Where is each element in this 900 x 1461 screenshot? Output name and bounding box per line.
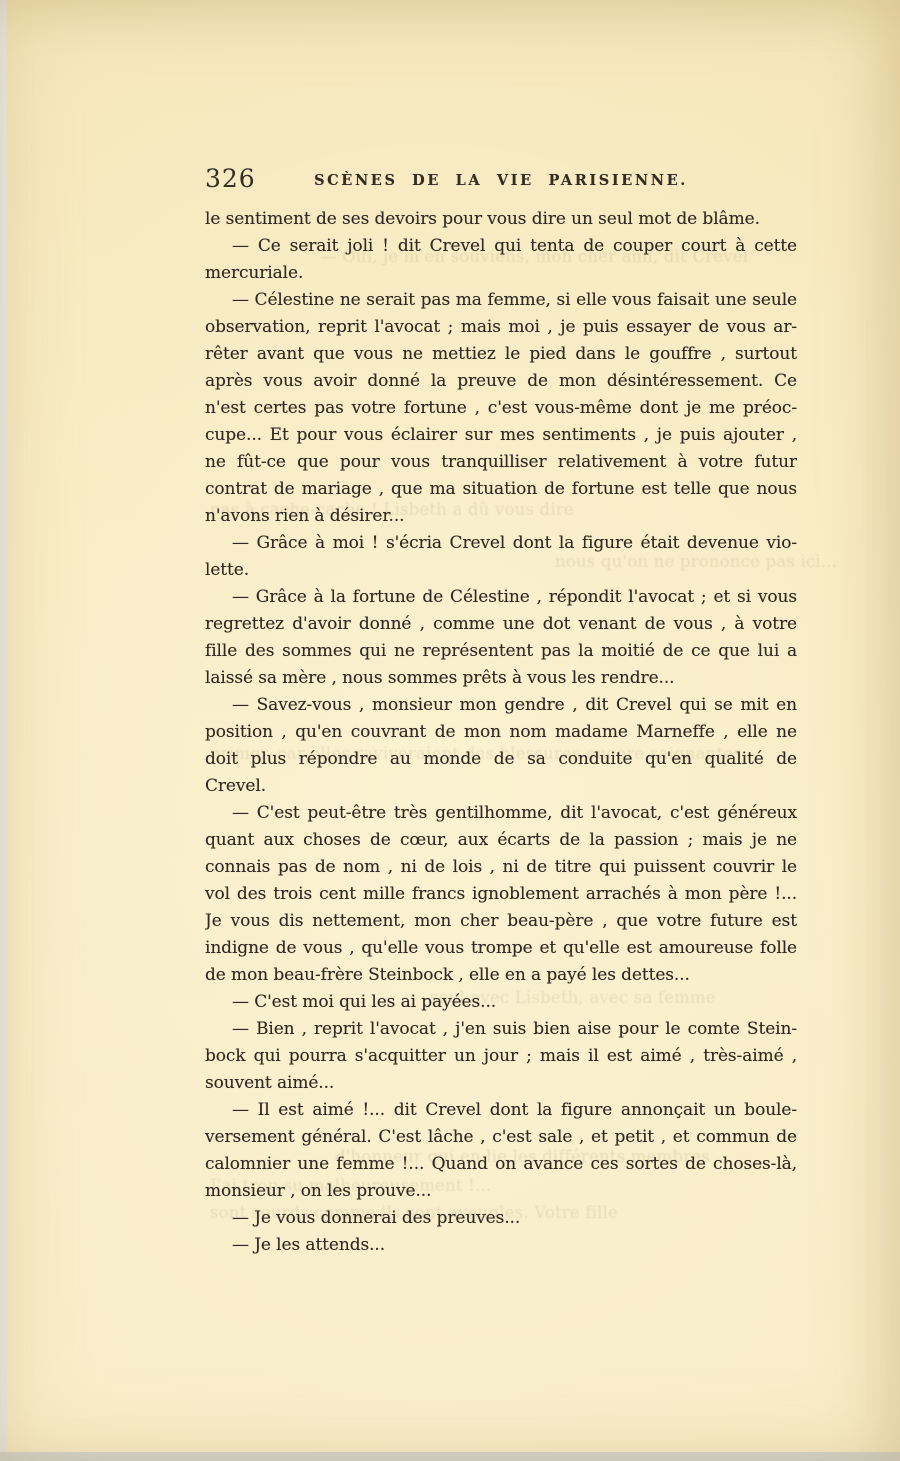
text-line: rêter avant que vous ne mettiez le pied … [205, 341, 797, 368]
text-line: connais pas de nom , ni de lois , ni de … [205, 854, 797, 881]
scan-edge-left [0, 0, 7, 1452]
text-line: monsieur , on les prouve... [205, 1178, 797, 1205]
text-line: n'est certes pas votre fortune , c'est v… [205, 395, 797, 422]
text-line: Crevel. [205, 773, 797, 800]
text-line: mercuriale. [205, 260, 797, 287]
text-line: — C'est moi qui les ai payées... [205, 989, 797, 1016]
text-line: versement général. C'est lâche , c'est s… [205, 1124, 797, 1151]
text-line: souvent aimé... [205, 1070, 797, 1097]
running-title: SCÈNES DE LA VIE PARISIENNE. [205, 172, 797, 189]
text-line: indigne de vous , qu'elle vous trompe et… [205, 935, 797, 962]
page-header: 326 SCÈNES DE LA VIE PARISIENNE. [205, 166, 797, 196]
text-line: vol des trois cent mille francs ignoblem… [205, 881, 797, 908]
text-line: Je vous dis nettement, mon cher beau-pèr… [205, 908, 797, 935]
text-line: n'avons rien à désirer... [205, 503, 797, 530]
text-line: regrettez d'avoir donné , comme une dot … [205, 611, 797, 638]
text-line: calomnier une femme !... Quand on avance… [205, 1151, 797, 1178]
scan-edge-bottom [0, 1452, 900, 1461]
text-line: — Je vous donnerai des preuves... [205, 1205, 797, 1232]
text-line: de mon beau-frère Steinbock , elle en a … [205, 962, 797, 989]
text-line: observation, reprit l'avocat ; mais moi … [205, 314, 797, 341]
text-line: — Grâce à moi ! s'écria Crevel dont la f… [205, 530, 797, 557]
text-line: — C'est peut-être très gentilhomme, dit … [205, 800, 797, 827]
text-block: 326 SCÈNES DE LA VIE PARISIENNE. le sent… [205, 166, 797, 1259]
text-line: contrat de mariage , que ma situation de… [205, 476, 797, 503]
text-line: laissé sa mère , nous sommes prêts à vou… [205, 665, 797, 692]
text-line: doit plus répondre au monde de sa condui… [205, 746, 797, 773]
text-line: — Il est aimé !... dit Crevel dont la fi… [205, 1097, 797, 1124]
text-line: ne fût-ce que pour vous tranquilliser re… [205, 449, 797, 476]
text-line: — Ce serait joli ! dit Crevel qui tenta … [205, 233, 797, 260]
text-line: — Savez-vous , monsieur mon gendre , dit… [205, 692, 797, 719]
text-line: — Célestine ne serait pas ma femme, si e… [205, 287, 797, 314]
page-body: le sentiment de ses devoirs pour vous di… [205, 206, 797, 1259]
text-line: après vous avoir donné la preuve de mon … [205, 368, 797, 395]
text-line: cupe... Et pour vous éclairer sur mes se… [205, 422, 797, 449]
text-line: le sentiment de ses devoirs pour vous di… [205, 206, 797, 233]
text-line: bock qui pourra s'acquitter un jour ; ma… [205, 1043, 797, 1070]
text-line: position , qu'en couvrant de mon nom mad… [205, 719, 797, 746]
text-line: quant aux choses de cœur, aux écarts de … [205, 827, 797, 854]
text-line: — Je les attends... [205, 1232, 797, 1259]
text-line: — Grâce à la fortune de Célestine , répo… [205, 584, 797, 611]
text-line: — Bien , reprit l'avocat , j'en suis bie… [205, 1016, 797, 1043]
book-page-scan: — Oui, je m'en souviens, mon cher ami, d… [0, 0, 900, 1461]
text-line: lette. [205, 557, 797, 584]
text-line: fille des sommes qui ne représentent pas… [205, 638, 797, 665]
